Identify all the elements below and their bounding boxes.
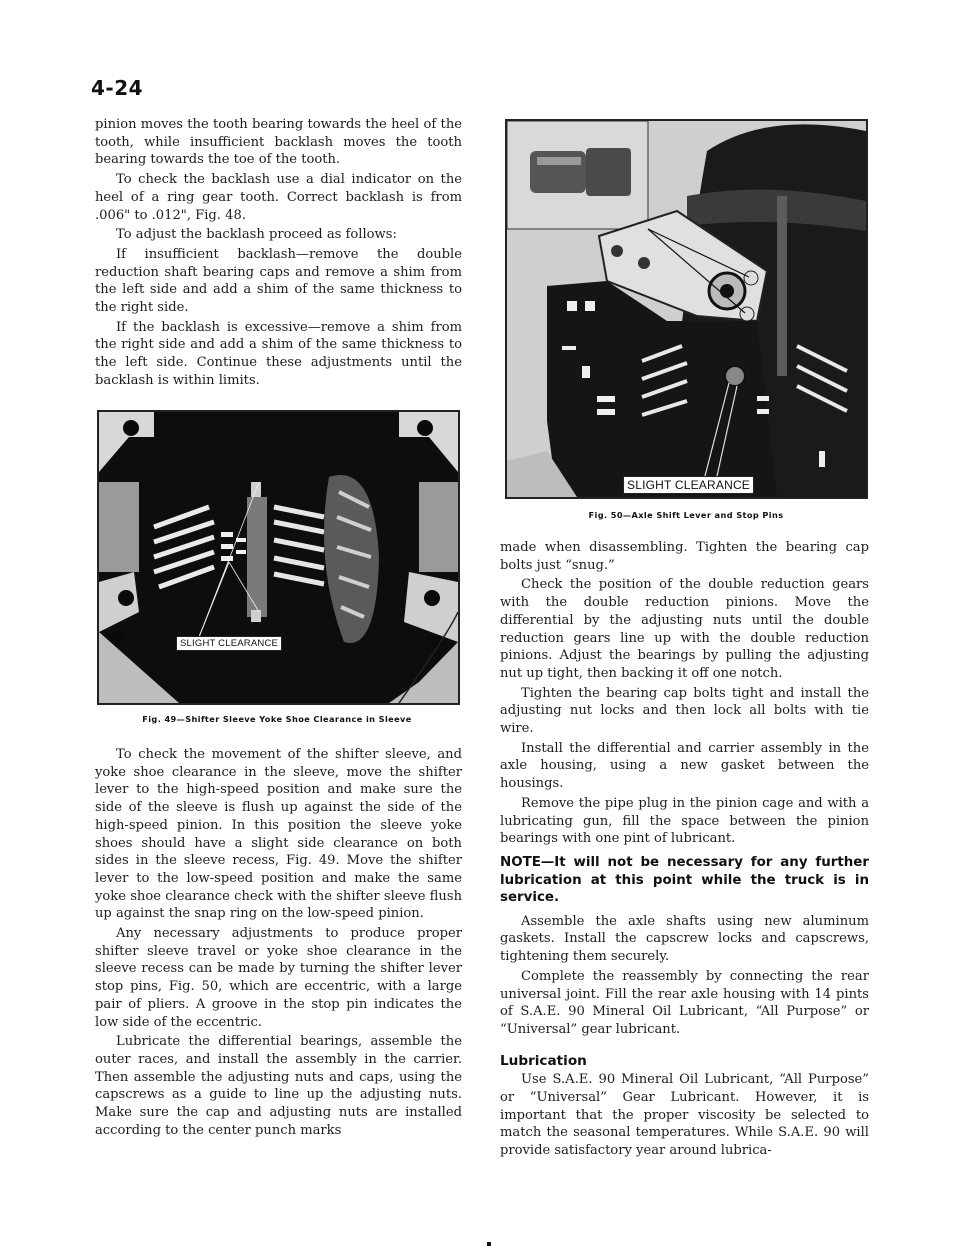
paragraph: If insufficient backlash—remove the doub… — [95, 246, 462, 317]
figure-50-photo: SLIGHT CLEARANCE — [505, 119, 868, 499]
paragraph: Tighten the bearing cap bolts tight and … — [500, 685, 869, 738]
paragraph: To adjust the backlash proceed as follow… — [95, 226, 462, 244]
page-mark — [487, 1242, 491, 1246]
paragraph: To check the movement of the shifter sle… — [95, 746, 462, 923]
note-callout: NOTE—It will not be necessary for any fu… — [500, 854, 869, 907]
axle-shift-lever-photo-icon — [507, 121, 866, 497]
differential-gear-photo-icon — [99, 412, 458, 703]
paragraph: Check the position of the double reducti… — [500, 576, 869, 682]
paragraph: Any necessary adjustments to produce pro… — [95, 925, 462, 1031]
right-column: made when disassembling. Tighten the bea… — [500, 539, 869, 1162]
left-column-top: pinion moves the tooth bearing towards t… — [95, 116, 462, 392]
paragraph: To check the backlash use a dial indicat… — [95, 171, 462, 224]
figure-49-caption: Fig. 49—Shifter Sleeve Yoke Shoe Clearan… — [97, 714, 457, 724]
figure-50-callout: SLIGHT CLEARANCE — [623, 476, 754, 494]
figure-50-caption: Fig. 50—Axle Shift Lever and Stop Pins — [505, 510, 867, 520]
paragraph: If the backlash is excessive—remove a sh… — [95, 319, 462, 390]
paragraph: Lubricate the differential bearings, ass… — [95, 1033, 462, 1139]
section-heading-lubrication: Lubrication — [500, 1053, 869, 1071]
left-column-bottom: To check the movement of the shifter sle… — [95, 746, 462, 1141]
figure-49-callout: SLIGHT CLEARANCE — [176, 636, 282, 651]
paragraph: Use S.A.E. 90 Mineral Oil Lubricant, “Al… — [500, 1071, 869, 1160]
page-number: 4-24 — [91, 76, 143, 100]
paragraph: made when disassembling. Tighten the bea… — [500, 539, 869, 574]
paragraph: Remove the pipe plug in the pinion cage … — [500, 795, 869, 848]
figure-49-photo: SLIGHT CLEARANCE — [97, 410, 460, 705]
paragraph: Install the differential and carrier ass… — [500, 740, 869, 793]
paragraph: Complete the reassembly by connecting th… — [500, 968, 869, 1039]
paragraph: pinion moves the tooth bearing towards t… — [95, 116, 462, 169]
paragraph: Assemble the axle shafts using new alumi… — [500, 913, 869, 966]
